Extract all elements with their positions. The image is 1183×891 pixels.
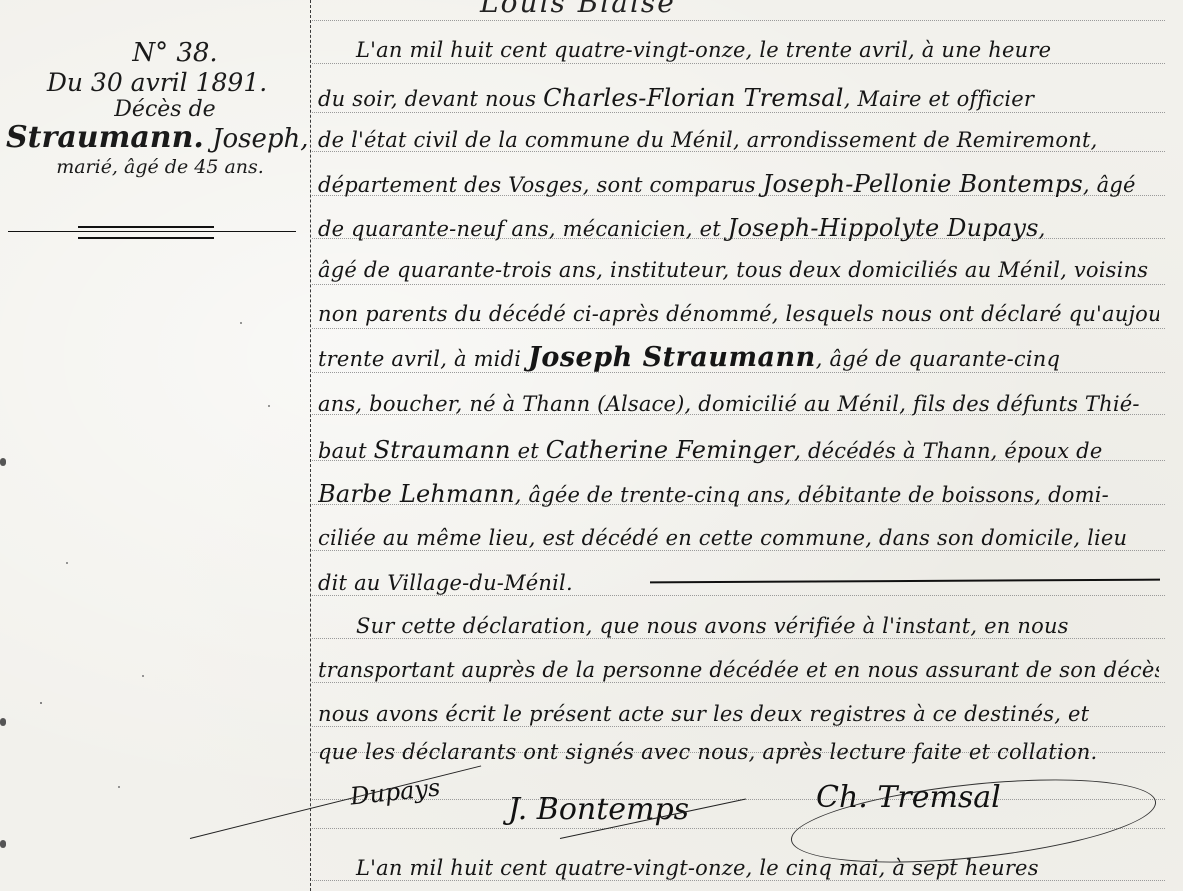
act-line: ans, boucher, né à Thann (Alsace), domic… xyxy=(318,392,1159,416)
scan-speck xyxy=(40,702,42,704)
spouse-name: Barbe Lehmann xyxy=(318,480,515,508)
act-line: du soir, devant nous Charles-Florian Tre… xyxy=(318,84,1159,112)
act-line: Barbe Lehmann, âgée de trente-cinq ans, … xyxy=(318,480,1159,508)
act-line: de quarante-neuf ans, mécanicien, et Jos… xyxy=(318,214,1159,242)
deceased-status: marié, âgé de 45 ans. xyxy=(20,155,300,179)
ruled-line xyxy=(312,112,1165,113)
act-line: âgé de quarante-trois ans, instituteur, … xyxy=(318,258,1159,282)
text-fragment: baut xyxy=(318,439,374,463)
margin-double-rule xyxy=(78,226,214,228)
father-surname: Straumann xyxy=(374,436,511,464)
deceased-full-name: Joseph Straumann xyxy=(528,342,816,373)
ruled-line xyxy=(312,284,1165,285)
margin-entry: N° 38. Du 30 avril 1891. Décès de Straum… xyxy=(0,38,300,179)
ruled-line xyxy=(312,550,1165,551)
act-line: trente avril, à midi Joseph Straumann, â… xyxy=(318,342,1159,373)
text-fragment: , âgé de quarante-cinq xyxy=(816,347,1060,371)
ruled-line xyxy=(312,63,1165,64)
scan-mark xyxy=(0,840,6,848)
scan-mark xyxy=(0,458,6,466)
text-fragment: du soir, devant nous xyxy=(318,87,543,111)
act-line: L'an mil huit cent quatre-vingt-onze, le… xyxy=(318,38,1159,62)
act-line: non parents du décédé ci-après dénommé, … xyxy=(318,302,1159,326)
act-line: nous avons écrit le présent acte sur les… xyxy=(318,702,1159,726)
text-fragment: , Maire et officier xyxy=(844,87,1034,111)
ruled-line xyxy=(312,328,1165,329)
text-fragment: trente avril, à midi xyxy=(318,347,528,371)
scan-speck xyxy=(118,786,120,788)
act-type: Décès de xyxy=(30,98,300,122)
act-line: ciliée au même lieu, est décédé en cette… xyxy=(318,526,1159,550)
margin-double-rule xyxy=(78,237,214,239)
ruled-line xyxy=(312,638,1165,639)
scan-speck xyxy=(142,675,144,677)
ruled-line xyxy=(312,20,1165,21)
witness-1-name: Joseph-Pellonie Bontemps xyxy=(763,170,1083,198)
ruled-line xyxy=(312,595,1165,596)
previous-act-tail: Louis Blaise xyxy=(480,0,676,19)
mayor-name: Charles-Florian Tremsal xyxy=(543,84,844,112)
deceased-name: Straumann. Joseph, xyxy=(0,122,300,155)
text-fragment: de quarante-neuf ans, mécanicien, et xyxy=(318,217,728,241)
act-number: N° 38. xyxy=(50,38,300,68)
act-line: de l'état civil de la commune du Ménil, … xyxy=(318,128,1159,152)
act-line: transportant auprès de la personne décéd… xyxy=(318,658,1159,682)
text-fragment: , xyxy=(1039,217,1046,241)
text-fragment: et xyxy=(511,439,546,463)
act-line: que les déclarants ont signés avec nous,… xyxy=(318,740,1159,764)
mother-name: Catherine Feminger xyxy=(546,436,795,464)
next-act-first-line: L'an mil huit cent quatre-vingt-onze, le… xyxy=(318,856,1159,880)
act-line: dit au Village-du-Ménil. xyxy=(318,571,1159,595)
act-date: Du 30 avril 1891. xyxy=(14,68,300,98)
ruled-line xyxy=(312,726,1165,727)
deceased-given-name: Joseph, xyxy=(212,124,308,154)
witness-2-name: Joseph-Hippolyte Dupays xyxy=(728,214,1039,242)
text-fragment: département des Vosges, sont comparus xyxy=(318,173,763,197)
deceased-surname: Straumann. xyxy=(6,120,204,155)
act-line: baut Straumann et Catherine Feminger, dé… xyxy=(318,436,1159,464)
scan-speck xyxy=(240,322,242,324)
ruled-line xyxy=(312,880,1165,881)
margin-divider xyxy=(8,231,296,232)
signature-bontemps: J. Bontemps xyxy=(508,792,689,827)
text-fragment: , âgé xyxy=(1083,173,1136,197)
signature-tremsal: Ch. Tremsal xyxy=(816,780,1001,815)
scan-mark xyxy=(0,718,6,726)
scan-speck xyxy=(66,562,68,564)
text-fragment: , décédés à Thann, époux de xyxy=(794,439,1102,463)
scan-speck xyxy=(268,405,270,407)
act-line: Sur cette déclaration, que nous avons vé… xyxy=(318,614,1159,638)
ruled-line xyxy=(312,682,1165,683)
act-line: département des Vosges, sont comparus Jo… xyxy=(318,170,1159,198)
margin-rule xyxy=(310,0,311,891)
text-fragment: , âgée de trente-cinq ans, débitante de … xyxy=(515,483,1109,507)
